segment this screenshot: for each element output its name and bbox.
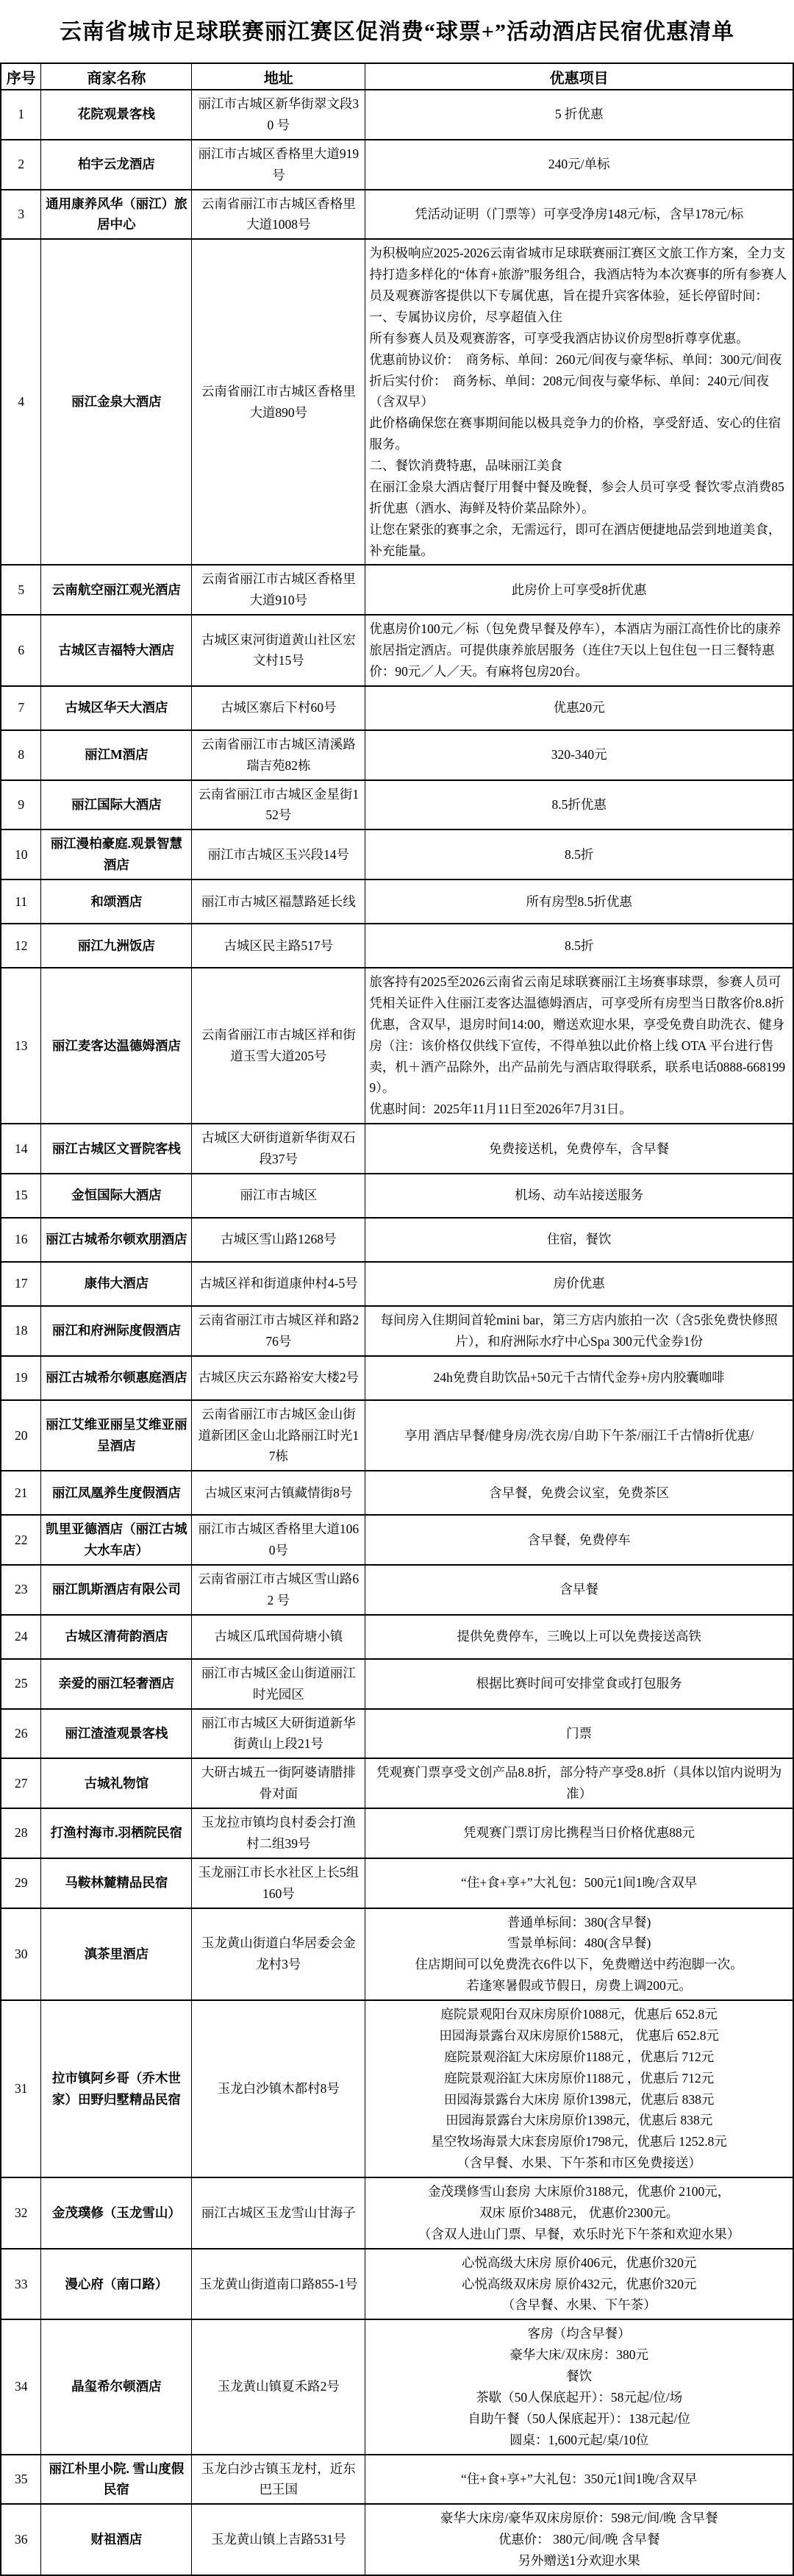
merchant-name: 丽江朴里小院. 雪山度假民宿: [41, 2455, 192, 2505]
offer-details: 凭观赛门票享受文创产品8.8折，部分特产享受8.8折（具体以馆内说明为准）: [365, 1758, 793, 1808]
col-header-address: 地址: [192, 63, 365, 90]
merchant-name: 丽江和府洲际度假酒店: [41, 1306, 192, 1356]
merchant-name: 丽江九洲饭店: [41, 924, 192, 968]
merchant-address: 玉龙白沙镇木都村8号: [192, 2000, 365, 2177]
merchant-name: 打渔村海市.羽栖院民宿: [41, 1808, 192, 1858]
merchant-address: 古城区大研街道新华街双石段37号: [192, 1124, 365, 1174]
table-row: 2 柏宇云龙酒店 丽江市古城区香格里大道919号 240元/单标: [1, 140, 793, 190]
row-number: 26: [1, 1709, 41, 1759]
merchant-name: 丽江艾维亚丽呈艾维亚丽呈酒店: [41, 1400, 192, 1471]
row-number: 13: [1, 968, 41, 1124]
table-row: 30 滇茶里酒店 玉龙黄山街道白华居委会金龙村3号 普通单标间：380(含早餐)…: [1, 1908, 793, 2001]
table-row: 15 金恒国际大酒店 丽江市古城区 机场、动车站接送服务: [1, 1174, 793, 1218]
row-number: 3: [1, 190, 41, 240]
row-number: 11: [1, 880, 41, 924]
row-number: 22: [1, 1515, 41, 1565]
offer-details: 客房（均含早餐） 豪华大床/双床房：380元 餐饮 茶歇（50人保底起开）：58…: [365, 2319, 793, 2454]
table-row: 3 通用康养风华（丽江）旅居中心 云南省丽江市古城区香格里大道1008号 凭活动…: [1, 190, 793, 240]
table-row: 27 古城礼物馆 大研古城五一街阿婆请腊排骨对面 凭观赛门票享受文创产品8.8折…: [1, 1758, 793, 1808]
table-row: 10 丽江漫柏豪庭.观景智慧酒店 丽江市古城区玉兴段14号 8.5折: [1, 829, 793, 880]
merchant-name: 财祖酒店: [41, 2504, 192, 2575]
offer-details: 为积极响应2025-2026云南省城市足球联赛丽江赛区文旅工作方案，全力支持打造…: [365, 239, 793, 565]
merchant-name: 丽江漫柏豪庭.观景智慧酒店: [41, 829, 192, 880]
row-number: 6: [1, 615, 41, 686]
merchant-name: 拉市镇阿乡哥（乔木世家）田野归墅精品民宿: [41, 2000, 192, 2177]
row-number: 1: [1, 90, 41, 140]
offer-details: 心悦高级大床房 原价406元，优惠价320元 心悦高级双床房 原价432元，优惠…: [365, 2249, 793, 2320]
merchant-name: 金恒国际大酒店: [41, 1174, 192, 1218]
row-number: 34: [1, 2319, 41, 2454]
col-header-merchant: 商家名称: [41, 63, 192, 90]
row-number: 24: [1, 1615, 41, 1659]
merchant-address: 古城区寨后下村60号: [192, 686, 365, 730]
table-row: 28 打渔村海市.羽栖院民宿 玉龙拉市镇均良村委会打渔村二组39号 凭观赛门票订…: [1, 1808, 793, 1858]
table-row: 35 丽江朴里小院. 雪山度假民宿 玉龙白沙古镇玉龙村，近东巴王国 “住+食+享…: [1, 2455, 793, 2505]
merchant-address: 古城区束河街道黄山社区宏文村15号: [192, 615, 365, 686]
merchant-address: 玉龙黄山街道南口路855-1号: [192, 2249, 365, 2320]
offer-details: 金茂璞修雪山套房 大床原价3188元，优惠价 2100元， 双床 原价3488元…: [365, 2177, 793, 2249]
merchant-address: 玉龙拉市镇均良村委会打渔村二组39号: [192, 1808, 365, 1858]
row-number: 9: [1, 780, 41, 830]
row-number: 2: [1, 140, 41, 190]
table-row: 20 丽江艾维亚丽呈艾维亚丽呈酒店 云南省丽江市古城区金山街道新团区金山北路丽江…: [1, 1400, 793, 1471]
row-number: 12: [1, 924, 41, 968]
offer-details: 旅客持有2025至2026云南省云南足球联赛丽江主场赛事球票，参赛人员可凭相关证…: [365, 968, 793, 1124]
merchant-address: 丽江古城区玉龙雪山甘海子: [192, 2177, 365, 2249]
row-number: 15: [1, 1174, 41, 1218]
table-row: 36 财祖酒店 玉龙黄山镇上吉路531号 豪华大床房/豪华双床房原价：598元/…: [1, 2504, 793, 2575]
merchant-address: 云南省丽江市古城区祥和路276号: [192, 1306, 365, 1356]
offer-details: 庭院景观阳台双床房原价1088元，优惠后 652.8元 田园海景露台双床房原价1…: [365, 2000, 793, 2177]
merchant-address: 玉龙黄山镇上吉路531号: [192, 2504, 365, 2575]
table-row: 13 丽江麦客达温德姆酒店 云南省丽江市古城区祥和街道玉雪大道205号 旅客持有…: [1, 968, 793, 1124]
merchant-name: 丽江麦客达温德姆酒店: [41, 968, 192, 1124]
offer-details: 含早餐，免费停车: [365, 1515, 793, 1565]
offer-details: 凭活动证明（门票等）可享受净房148元/标，含早178元/标: [365, 190, 793, 240]
merchant-name: 亲爱的丽江轻奢酒店: [41, 1659, 192, 1709]
table-row: 32 金茂璞修（玉龙雪山） 丽江古城区玉龙雪山甘海子 金茂璞修雪山套房 大床原价…: [1, 2177, 793, 2249]
row-number: 23: [1, 1565, 41, 1615]
offer-details: 房价优惠: [365, 1262, 793, 1306]
table-row: 24 古城区清荷韵酒店 古城区瓜玳国荷塘小镇 提供免费停车，三晚以上可以免费接送…: [1, 1615, 793, 1659]
merchant-name: 漫心府（南口路）: [41, 2249, 192, 2320]
merchant-name: 丽江古城希尔顿惠庭酒店: [41, 1356, 192, 1400]
table-row: 29 马鞍林麓精品民宿 玉龙丽江市长水社区上长5组160号 “住+食+享+”大礼…: [1, 1858, 793, 1908]
offer-details: 机场、动车站接送服务: [365, 1174, 793, 1218]
offer-details: 每间房入住期间首轮mini bar，第三方店内旅拍一次（含5张免费快修照片），和…: [365, 1306, 793, 1356]
merchant-address: 玉龙黄山街道白华居委会金龙村3号: [192, 1908, 365, 2001]
row-number: 4: [1, 239, 41, 565]
offer-details: 门票: [365, 1709, 793, 1759]
page-title: 云南省城市足球联赛丽江赛区促消费“球票+”活动酒店民宿优惠清单: [0, 0, 794, 63]
merchant-address: 云南省丽江市古城区清溪路瑞吉苑82栋: [192, 730, 365, 780]
merchant-name: 康伟大酒店: [41, 1262, 192, 1306]
offer-details: 320-340元: [365, 730, 793, 780]
table-row: 9 丽江国际大酒店 云南省丽江市古城区金星街152号 8.5折优惠: [1, 780, 793, 830]
merchant-address: 丽江市古城区: [192, 1174, 365, 1218]
merchant-address: 云南省丽江市古城区雪山路62 号: [192, 1565, 365, 1615]
merchant-address: 古城区祥和街道康仲村4-5号: [192, 1262, 365, 1306]
row-number: 5: [1, 565, 41, 615]
merchant-address: 古城区束河古镇藏情街8号: [192, 1471, 365, 1515]
row-number: 10: [1, 829, 41, 880]
offer-details: 24h免费自助饮品+50元千古情代金券+房内胶囊咖啡: [365, 1356, 793, 1400]
table-row: 11 和颂酒店 丽江市古城区福慧路延长线 所有房型8.5折优惠: [1, 880, 793, 924]
merchant-name: 花院观景客栈: [41, 90, 192, 140]
offer-details: 此房价上可享受8折优惠: [365, 565, 793, 615]
merchant-name: 丽江凯斯酒店有限公司: [41, 1565, 192, 1615]
merchant-name: 滇茶里酒店: [41, 1908, 192, 2001]
row-number: 18: [1, 1306, 41, 1356]
merchant-address: 云南省丽江市古城区金星街152号: [192, 780, 365, 830]
merchant-address: 丽江市古城区福慧路延长线: [192, 880, 365, 924]
table-row: 8 丽江M酒店 云南省丽江市古城区清溪路瑞吉苑82栋 320-340元: [1, 730, 793, 780]
table-row: 18 丽江和府洲际度假酒店 云南省丽江市古城区祥和路276号 每间房入住期间首轮…: [1, 1306, 793, 1356]
row-number: 20: [1, 1400, 41, 1471]
row-number: 16: [1, 1218, 41, 1262]
table-row: 4 丽江金泉大酒店 云南省丽江市古城区香格里大道890号 为积极响应2025-2…: [1, 239, 793, 565]
merchant-name: 丽江M酒店: [41, 730, 192, 780]
merchant-address: 玉龙黄山镇夏禾路2号: [192, 2319, 365, 2454]
merchant-address: 古城区雪山路1268号: [192, 1218, 365, 1262]
offer-details: 普通单标间：380(含早餐) 雪景单标间：480(含早餐) 住店期间可以免费洗衣…: [365, 1908, 793, 2001]
table-row: 31 拉市镇阿乡哥（乔木世家）田野归墅精品民宿 玉龙白沙镇木都村8号 庭院景观阳…: [1, 2000, 793, 2177]
table-row: 6 古城区吉福特大酒店 古城区束河街道黄山社区宏文村15号 优惠房价100元／标…: [1, 615, 793, 686]
merchant-address: 古城区庆云东路裕安大楼2号: [192, 1356, 365, 1400]
merchant-name: 金茂璞修（玉龙雪山）: [41, 2177, 192, 2249]
merchant-name: 古城礼物馆: [41, 1758, 192, 1808]
merchant-name: 云南航空丽江观光酒店: [41, 565, 192, 615]
merchant-address: 古城区民主路517号: [192, 924, 365, 968]
table-row: 23 丽江凯斯酒店有限公司 云南省丽江市古城区雪山路62 号 含早餐: [1, 1565, 793, 1615]
offer-details: 240元/单标: [365, 140, 793, 190]
merchant-address: 丽江市古城区玉兴段14号: [192, 829, 365, 880]
merchant-address: 云南省丽江市古城区香格里大道1008号: [192, 190, 365, 240]
table-row: 1 花院观景客栈 丽江市古城区新华街翠文段30 号 5 折优惠: [1, 90, 793, 140]
merchant-address: 云南省丽江市古城区香格里大道890号: [192, 239, 365, 565]
offer-details: 8.5折优惠: [365, 780, 793, 830]
merchant-address: 丽江市古城区香格里大道1060号: [192, 1515, 365, 1565]
merchant-name: 通用康养风华（丽江）旅居中心: [41, 190, 192, 240]
offer-details: 5 折优惠: [365, 90, 793, 140]
merchant-address: 丽江市古城区大研街道新华街黄山上段21号: [192, 1709, 365, 1759]
table-row: 19 丽江古城希尔顿惠庭酒店 古城区庆云东路裕安大楼2号 24h免费自助饮品+5…: [1, 1356, 793, 1400]
merchant-name: 古城区华天大酒店: [41, 686, 192, 730]
offer-details: 住宿，餐饮: [365, 1218, 793, 1262]
merchant-name: 丽江古城希尔顿欢朋酒店: [41, 1218, 192, 1262]
merchant-name: 和颂酒店: [41, 880, 192, 924]
document-page: 云南省城市足球联赛丽江赛区促消费“球票+”活动酒店民宿优惠清单 序号 商家名称 …: [0, 0, 794, 2576]
table-row: 16 丽江古城希尔顿欢朋酒店 古城区雪山路1268号 住宿，餐饮: [1, 1218, 793, 1262]
merchant-name: 凯里亚德酒店（丽江古城大水车店）: [41, 1515, 192, 1565]
merchant-name: 丽江国际大酒店: [41, 780, 192, 830]
merchant-name: 古城区清荷韵酒店: [41, 1615, 192, 1659]
row-number: 8: [1, 730, 41, 780]
offer-details: 享用 酒店早餐/健身房/洗衣房/自助下午茶/丽江千古情8折优惠/: [365, 1400, 793, 1471]
row-number: 36: [1, 2504, 41, 2575]
row-number: 28: [1, 1808, 41, 1858]
merchant-address: 大研古城五一街阿婆请腊排骨对面: [192, 1758, 365, 1808]
row-number: 31: [1, 2000, 41, 2177]
row-number: 17: [1, 1262, 41, 1306]
merchant-address: 玉龙白沙古镇玉龙村，近东巴王国: [192, 2455, 365, 2505]
offer-details: 凭观赛门票订房比携程当日价格优惠88元: [365, 1808, 793, 1858]
merchant-address: 古城区瓜玳国荷塘小镇: [192, 1615, 365, 1659]
table-row: 34 晶玺希尔顿酒店 玉龙黄山镇夏禾路2号 客房（均含早餐） 豪华大床/双床房：…: [1, 2319, 793, 2454]
offer-details: 所有房型8.5折优惠: [365, 880, 793, 924]
col-header-no: 序号: [1, 63, 41, 90]
merchant-address: 玉龙丽江市长水社区上长5组160号: [192, 1858, 365, 1908]
offer-details: 优惠房价100元／标（包免费早餐及停车），本酒店为丽江高性价比的康养旅居指定酒店…: [365, 615, 793, 686]
row-number: 21: [1, 1471, 41, 1515]
table-row: 33 漫心府（南口路） 玉龙黄山街道南口路855-1号 心悦高级大床房 原价40…: [1, 2249, 793, 2320]
merchant-name: 古城区吉福特大酒店: [41, 615, 192, 686]
table-row: 7 古城区华天大酒店 古城区寨后下村60号 优惠20元: [1, 686, 793, 730]
merchant-name: 柏宇云龙酒店: [41, 140, 192, 190]
table-row: 5 云南航空丽江观光酒店 云南省丽江市古城区香格里大道910号 此房价上可享受8…: [1, 565, 793, 615]
offer-details: 8.5折: [365, 829, 793, 880]
row-number: 25: [1, 1659, 41, 1709]
merchant-name: 丽江凤凰养生度假酒店: [41, 1471, 192, 1515]
table-row: 14 丽江古城区文晋院客栈 古城区大研街道新华街双石段37号 免费接送机，免费停…: [1, 1124, 793, 1174]
offer-details: 提供免费停车，三晚以上可以免费接送高铁: [365, 1615, 793, 1659]
offer-details: 含早餐，免费会议室，免费茶区: [365, 1471, 793, 1515]
offer-details: “住+食+享+”大礼包：350元1间1晚/含双早: [365, 2455, 793, 2505]
row-number: 14: [1, 1124, 41, 1174]
header-row: 序号 商家名称 地址 优惠项目: [1, 63, 793, 90]
row-number: 32: [1, 2177, 41, 2249]
offers-table: 序号 商家名称 地址 优惠项目 1 花院观景客栈 丽江市古城区新华街翠文段30 …: [0, 63, 794, 2576]
table-row: 17 康伟大酒店 古城区祥和街道康仲村4-5号 房价优惠: [1, 1262, 793, 1306]
offer-details: “住+食+享+”大礼包：500元1间1晚/含双早: [365, 1858, 793, 1908]
offer-details: 根据比赛时间可安排堂食或打包服务: [365, 1659, 793, 1709]
merchant-name: 马鞍林麓精品民宿: [41, 1858, 192, 1908]
table-row: 21 丽江凤凰养生度假酒店 古城区束河古镇藏情街8号 含早餐，免费会议室，免费茶…: [1, 1471, 793, 1515]
table-row: 25 亲爱的丽江轻奢酒店 丽江市古城区金山街道丽江时光园区 根据比赛时间可安排堂…: [1, 1659, 793, 1709]
merchant-name: 丽江古城区文晋院客栈: [41, 1124, 192, 1174]
merchant-address: 云南省丽江市古城区祥和街道玉雪大道205号: [192, 968, 365, 1124]
col-header-offer: 优惠项目: [365, 63, 793, 90]
row-number: 27: [1, 1758, 41, 1808]
offer-details: 优惠20元: [365, 686, 793, 730]
row-number: 7: [1, 686, 41, 730]
merchant-name: 晶玺希尔顿酒店: [41, 2319, 192, 2454]
row-number: 30: [1, 1908, 41, 2001]
row-number: 33: [1, 2249, 41, 2320]
offer-details: 8.5折: [365, 924, 793, 968]
merchant-name: 丽江金泉大酒店: [41, 239, 192, 565]
merchant-address: 丽江市古城区金山街道丽江时光园区: [192, 1659, 365, 1709]
offer-details: 含早餐: [365, 1565, 793, 1615]
merchant-address: 丽江市古城区香格里大道919号: [192, 140, 365, 190]
row-number: 19: [1, 1356, 41, 1400]
merchant-address: 云南省丽江市古城区金山街道新团区金山北路丽江时光17栋: [192, 1400, 365, 1471]
table-row: 26 丽江渣渣观景客栈 丽江市古城区大研街道新华街黄山上段21号 门票: [1, 1709, 793, 1759]
offer-details: 豪华大床房/豪华双床房原价：598元/间/晚 含早餐 优惠价： 380元/间/晚…: [365, 2504, 793, 2575]
table-row: 22 凯里亚德酒店（丽江古城大水车店） 丽江市古城区香格里大道1060号 含早餐…: [1, 1515, 793, 1565]
merchant-address: 云南省丽江市古城区香格里大道910号: [192, 565, 365, 615]
merchant-address: 丽江市古城区新华街翠文段30 号: [192, 90, 365, 140]
merchant-name: 丽江渣渣观景客栈: [41, 1709, 192, 1759]
row-number: 35: [1, 2455, 41, 2505]
table-row: 12 丽江九洲饭店 古城区民主路517号 8.5折: [1, 924, 793, 968]
offer-details: 免费接送机，免费停车，含早餐: [365, 1124, 793, 1174]
row-number: 29: [1, 1858, 41, 1908]
